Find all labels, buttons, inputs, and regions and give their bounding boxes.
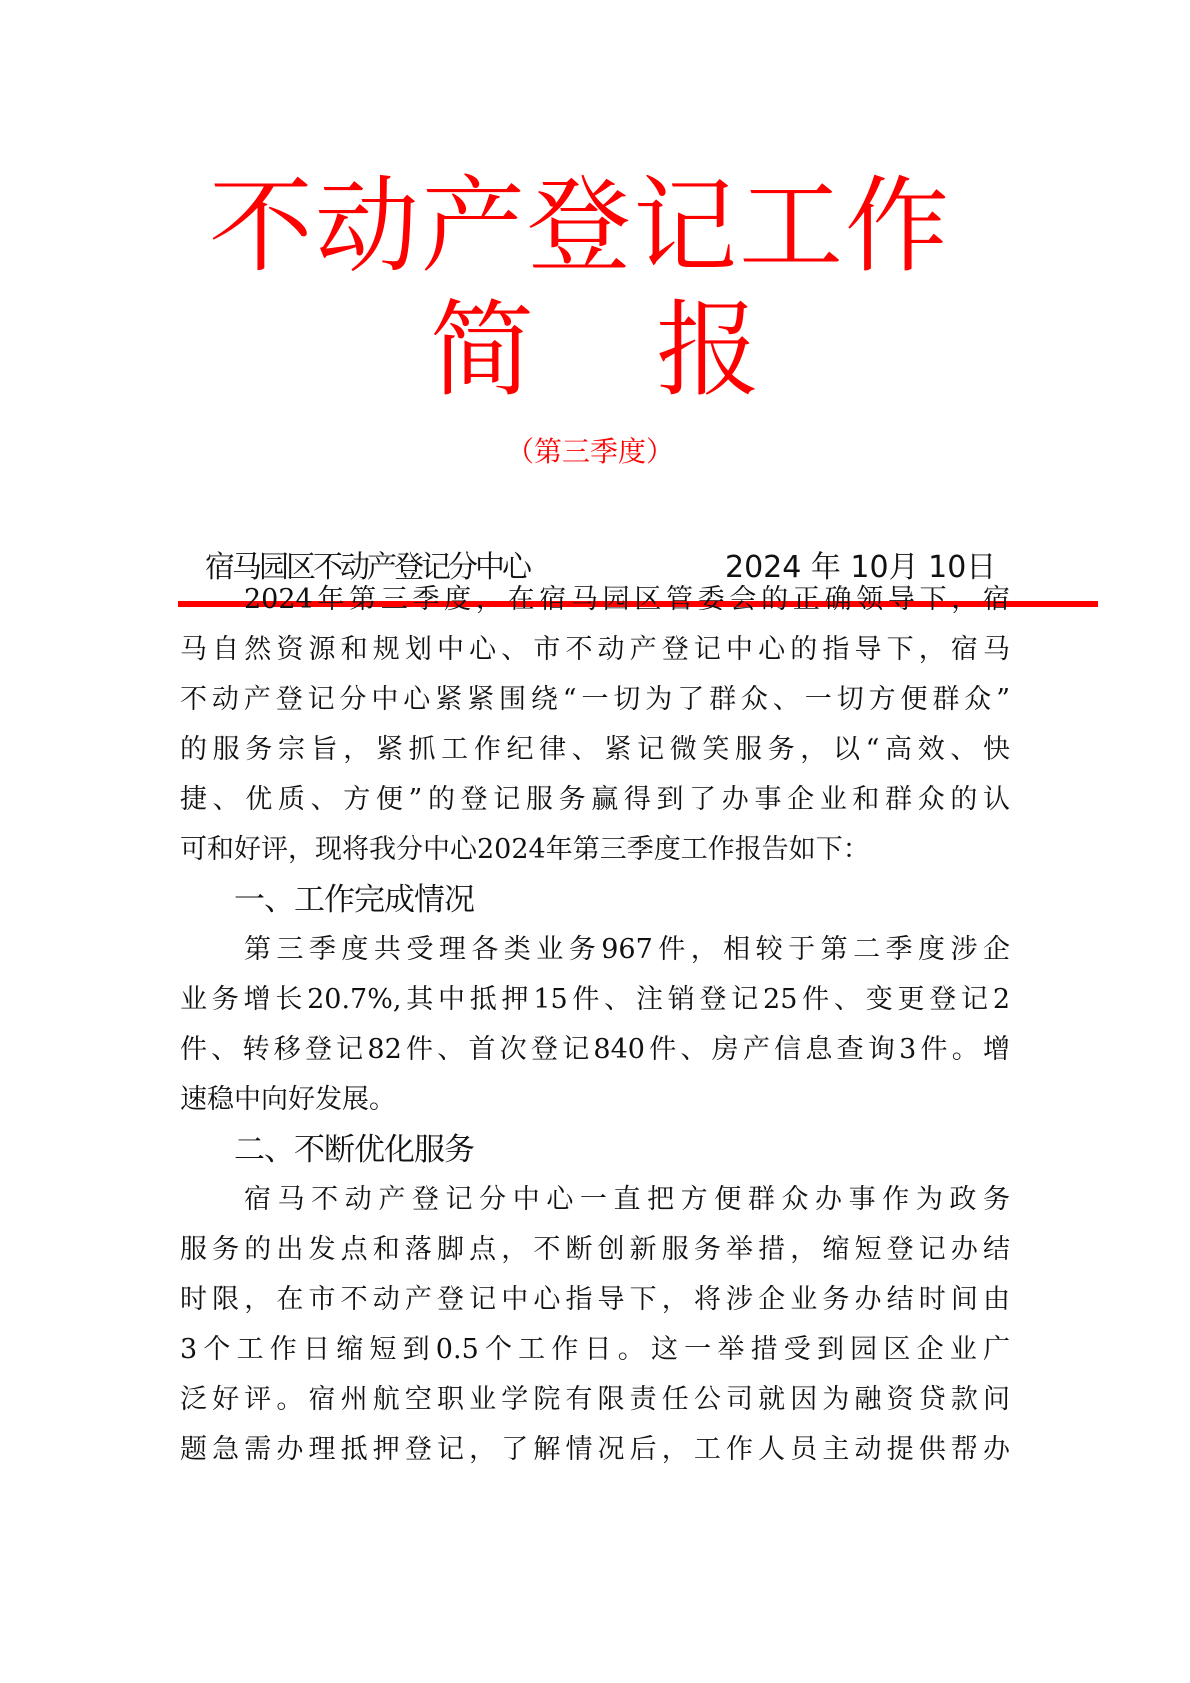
masthead-subtitle-char: 简 bbox=[430, 292, 534, 408]
paragraph-line: 服务的出发点和落脚点，不断创新服务举措，缩短登记办结 bbox=[180, 1225, 1010, 1275]
paragraph-line: 可和好评，现将我分中心2024年第三季度工作报告如下： bbox=[180, 825, 1010, 875]
masthead-subtitle: 简 报 bbox=[430, 292, 760, 408]
paragraph-line: 捷、优质、方便”的登记服务赢得到了办事企业和群众的认 bbox=[180, 775, 1010, 825]
section-heading-optimize-service: 二、不断优化服务 bbox=[180, 1125, 1010, 1175]
paragraph-line: 不动产登记分中心紧紧围绕“一切为了群众、一切方便群众” bbox=[180, 675, 1010, 725]
paragraph-line: 第三季度共受理各类业务967件，相较于第二季度涉企 bbox=[180, 925, 1010, 975]
paragraph-line: 3个工作日缩短到0.5个工作日。这一举措受到园区企业广 bbox=[180, 1325, 1010, 1375]
document-page: 不动产登记工作 简 报 （第三季度） 宿马园区不动产登记分中心 2024 年 1… bbox=[0, 0, 1190, 1683]
intro-paragraph: 2024年第三季度，在宿马园区管委会的正确领导下，宿 马自然资源和规划中心、市不… bbox=[180, 575, 1010, 1475]
masthead-quarter: （第三季度） bbox=[380, 434, 800, 470]
paragraph-line: 题急需办理抵押登记，了解情况后，工作人员主动提供帮办 bbox=[180, 1425, 1010, 1475]
paragraph-line: 时限，在市不动产登记中心指导下，将涉企业务办结时间由 bbox=[180, 1275, 1010, 1325]
paragraph-line: 的服务宗旨，紧抓工作纪律、紧记微笑服务，以“高效、快 bbox=[180, 725, 1010, 775]
section-heading-work-completion: 一、工作完成情况 bbox=[180, 875, 1010, 925]
paragraph-line: 宿马不动产登记分中心一直把方便群众办事作为政务 bbox=[180, 1175, 1010, 1225]
masthead-title: 不动产登记工作 bbox=[180, 168, 980, 284]
paragraph-line: 马自然资源和规划中心、市不动产登记中心的指导下，宿马 bbox=[180, 625, 1010, 675]
paragraph-line: 2024年第三季度，在宿马园区管委会的正确领导下，宿 bbox=[180, 575, 1010, 625]
paragraph-line: 泛好评。宿州航空职业学院有限责任公司就因为融资贷款问 bbox=[180, 1375, 1010, 1425]
paragraph-line: 件、转移登记82件、首次登记840件、房产信息查询3件。增 bbox=[180, 1025, 1010, 1075]
paragraph-line: 速稳中向好发展。 bbox=[180, 1075, 1010, 1125]
masthead-subtitle-char: 报 bbox=[656, 292, 760, 408]
paragraph-line: 业务增长20.7%,其中抵押15件、注销登记25件、变更登记2 bbox=[180, 975, 1010, 1025]
